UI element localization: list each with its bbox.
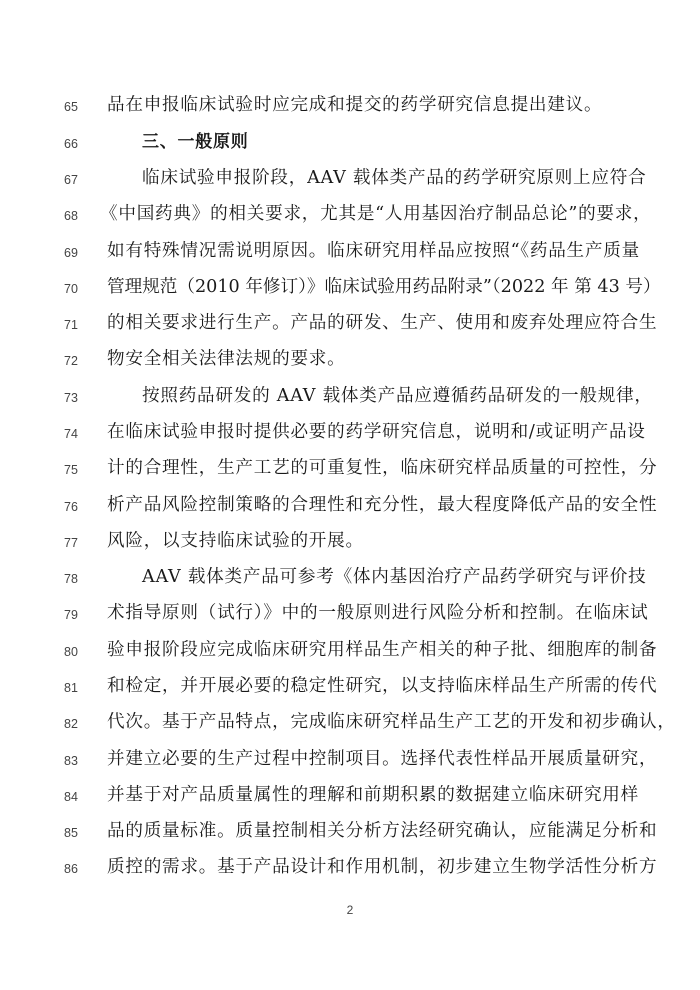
line-text: 术指导原则（试行）》中的一般原则进行风险分析和控制。在临床试 — [107, 601, 649, 625]
line-number: 76 — [64, 500, 90, 514]
document-line: 76 析产品风险控制策略的合理性和充分性，最大程度降低产品的安全性 — [0, 491, 700, 527]
line-number: 70 — [64, 282, 90, 296]
document-line: 71 的相关要求进行生产。产品的研发、生产、使用和废弃处理应符合生 — [0, 309, 700, 345]
line-text: 品在申报临床试验时应完成和提交的药学研究信息提出建议。 — [107, 93, 602, 117]
document-line: 70 管理规范（2010 年修订）》临床试验用药品附录”（2022 年 第 43… — [0, 273, 700, 309]
line-text: 析产品风险控制策略的合理性和充分性，最大程度降低产品的安全性 — [107, 493, 657, 517]
line-text: 物安全相关法律法规的要求。 — [107, 347, 345, 371]
line-text: 的相关要求进行生产。产品的研发、生产、使用和废弃处理应符合生 — [107, 311, 657, 335]
line-number: 67 — [64, 173, 90, 187]
page-number: 2 — [0, 903, 700, 917]
document-line: 86 质控的需求。基于产品设计和作用机制，初步建立生物学活性分析方 — [0, 853, 700, 889]
line-text: 风险，以支持临床试验的开展。 — [107, 529, 364, 553]
line-number: 86 — [64, 862, 90, 876]
line-number: 72 — [64, 354, 90, 368]
line-number: 80 — [64, 645, 90, 659]
line-text: 《中国药典》的相关要求，尤其是“人用基因治疗制品总论”的要求， — [100, 202, 651, 226]
document-line: 74 在临床试验申报时提供必要的药学研究信息，说明和/或证明产品设 — [0, 418, 700, 454]
document-line: 77 风险，以支持临床试验的开展。 — [0, 527, 700, 563]
section-heading: 三、一般原则 — [142, 130, 249, 154]
document-line: 81 和检定，并开展必要的稳定性研究，以支持临床样品生产所需的传代 — [0, 672, 700, 708]
line-text: AAV 载体类产品可参考《体内基因治疗产品药学研究与评价技 — [142, 565, 646, 589]
line-number: 68 — [64, 209, 90, 223]
document-line: 69 如有特殊情况需说明原因。临床研究用样品应按照“《药品生产质量 — [0, 237, 700, 273]
line-number: 84 — [64, 790, 90, 804]
document-line: 83 并建立必要的生产过程中控制项目。选择代表性样品开展质量研究， — [0, 745, 700, 781]
line-text: 验申报阶段应完成临床研究用样品生产相关的种子批、细胞库的制备 — [107, 638, 657, 662]
line-text: 计的合理性，生产工艺的可重复性，临床研究样品质量的可控性，分 — [107, 456, 657, 480]
line-number: 78 — [64, 572, 90, 586]
document-line: 72 物安全相关法律法规的要求。 — [0, 345, 700, 381]
line-number: 85 — [64, 826, 90, 840]
line-text: 和检定，并开展必要的稳定性研究，以支持临床样品生产所需的传代 — [107, 674, 657, 698]
line-number: 82 — [64, 717, 90, 731]
document-line: 80 验申报阶段应完成临床研究用样品生产相关的种子批、细胞库的制备 — [0, 636, 700, 672]
document-line: 84 并基于对产品质量属性的理解和前期积累的数据建立临床研究用样 — [0, 781, 700, 817]
document-line: 82 代次。基于产品特点，完成临床研究样品生产工艺的开发和初步确认， — [0, 708, 700, 744]
line-text: 品的质量标准。质量控制相关分析方法经研究确认，应能满足分析和 — [107, 819, 657, 843]
document-page: 65 品在申报临床试验时应完成和提交的药学研究信息提出建议。 66 三、一般原则… — [0, 0, 700, 990]
document-line: 75 计的合理性，生产工艺的可重复性，临床研究样品质量的可控性，分 — [0, 454, 700, 490]
line-text: 如有特殊情况需说明原因。临床研究用样品应按照“《药品生产质量 — [107, 239, 640, 263]
document-line: 67 临床试验申报阶段，AAV 载体类产品的药学研究原则上应符合 — [0, 164, 700, 200]
document-line: 66 三、一般原则 — [0, 128, 700, 164]
line-text: 质控的需求。基于产品设计和作用机制，初步建立生物学活性分析方 — [107, 855, 657, 879]
line-number: 74 — [64, 427, 90, 441]
document-line: 68 《中国药典》的相关要求，尤其是“人用基因治疗制品总论”的要求， — [0, 200, 700, 236]
line-text: 管理规范（2010 年修订）》临床试验用药品附录”（2022 年 第 43 号） — [107, 275, 661, 299]
line-number: 81 — [64, 681, 90, 695]
document-line: 78 AAV 载体类产品可参考《体内基因治疗产品药学研究与评价技 — [0, 563, 700, 599]
document-line: 65 品在申报临床试验时应完成和提交的药学研究信息提出建议。 — [0, 91, 700, 127]
line-text: 临床试验申报阶段，AAV 载体类产品的药学研究原则上应符合 — [142, 166, 646, 190]
line-number: 75 — [64, 463, 90, 477]
document-line: 73 按照药品研发的 AAV 载体类产品应遵循药品研发的一般规律， — [0, 382, 700, 418]
line-number: 65 — [64, 100, 90, 114]
line-text: 在临床试验申报时提供必要的药学研究信息，说明和/或证明产品设 — [107, 420, 646, 444]
line-number: 79 — [64, 608, 90, 622]
line-text: 并基于对产品质量属性的理解和前期积累的数据建立临床研究用样 — [107, 783, 639, 807]
document-line: 85 品的质量标准。质量控制相关分析方法经研究确认，应能满足分析和 — [0, 817, 700, 853]
line-text: 代次。基于产品特点，完成临床研究样品生产工艺的开发和初步确认， — [107, 710, 676, 734]
line-text: 并建立必要的生产过程中控制项目。选择代表性样品开展质量研究， — [107, 747, 657, 771]
line-number: 71 — [64, 318, 90, 332]
line-number: 66 — [64, 137, 90, 151]
line-number: 83 — [64, 754, 90, 768]
line-number: 73 — [64, 391, 90, 405]
line-number: 77 — [64, 536, 90, 550]
line-text: 按照药品研发的 AAV 载体类产品应遵循药品研发的一般规律， — [142, 384, 653, 408]
line-number: 69 — [64, 246, 90, 260]
document-line: 79 术指导原则（试行）》中的一般原则进行风险分析和控制。在临床试 — [0, 599, 700, 635]
